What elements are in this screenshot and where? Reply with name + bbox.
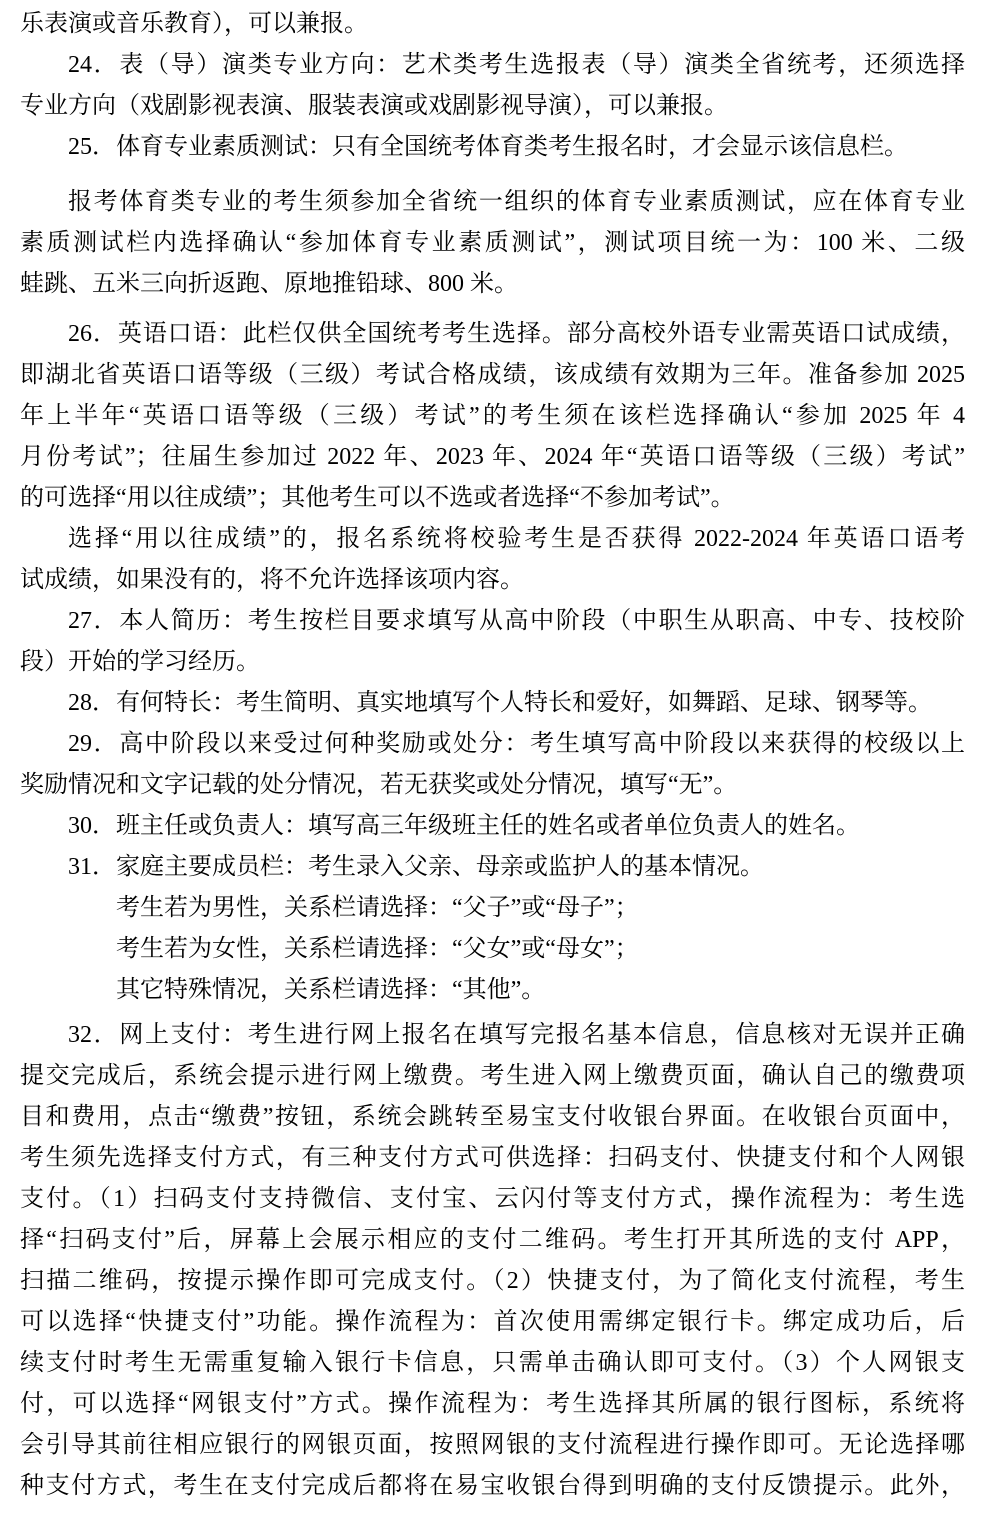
text-line: 可以选择“快捷支付”功能。操作流程为：首次使用需绑定银行卡。绑定成功后，后 [20,1302,965,1343]
text-line: 目和费用，点击“缴费”按钮，系统会跳转至易宝支付收银台界面。在收银台页面中， [20,1097,965,1138]
text-line: 选择“用以往成绩”的，报名系统将校验考生是否获得 2022-2024 年英语口语… [20,519,965,560]
text-line: 段）开始的学习经历。 [20,642,965,683]
document-body: 乐表演或音乐教育），可以兼报。24．表（导）演类专业方向：艺术类考生选报表（导）… [0,0,984,1507]
text-line: 付，可以选择“网银支付”方式。操作流程为：考生选择其所属的银行图标，系统将 [20,1384,965,1425]
text-line: 乐表演或音乐教育），可以兼报。 [20,4,965,45]
text-line: 奖励情况和文字记载的处分情况，若无获奖或处分情况，填写“无”。 [20,765,965,806]
text-line: 30．班主任或负责人：填写高三年级班主任的姓名或者单位负责人的姓名。 [20,806,965,847]
text-line: 素质测试栏内选择确认“参加体育专业素质测试”，测试项目统一为：100 米、二级 [20,223,965,264]
text-line: 种支付方式，考生在支付完成后都将在易宝收银台得到明确的支付反馈提示。此外， [20,1466,965,1507]
text-line: 支付。（1）扫码支付支持微信、支付宝、云闪付等支付方式，操作流程为：考生选 [20,1179,965,1220]
text-line: 考生须先选择支付方式，有三种支付方式可供选择：扫码支付、快捷支付和个人网银 [20,1138,965,1179]
text-line: 年上半年“英语口语等级（三级）考试”的考生须在该栏选择确认“参加 2025 年 … [20,396,965,437]
text-line: 月份考试”；往届生参加过 2022 年、2023 年、2024 年“英语口语等级… [20,437,965,478]
text-line: 其它特殊情况，关系栏请选择：“其他”。 [20,970,965,1011]
text-line: 提交完成后，系统会提示进行网上缴费。考生进入网上缴费页面，确认自己的缴费项 [20,1056,965,1097]
text-line: 28．有何特长：考生简明、真实地填写个人特长和爱好，如舞蹈、足球、钢琴等。 [20,683,965,724]
document-page: 乐表演或音乐教育），可以兼报。24．表（导）演类专业方向：艺术类考生选报表（导）… [0,0,984,1516]
text-line: 25．体育专业素质测试：只有全国统考体育类考生报名时，才会显示该信息栏。 [20,127,965,168]
text-line: 会引导其前往相应银行的网银页面，按照网银的支付流程进行操作即可。无论选择哪 [20,1425,965,1466]
text-line: 蛙跳、五米三向折返跑、原地推铅球、800 米。 [20,264,965,305]
text-line: 的可选择“用以往成绩”；其他考生可以不选或者选择“不参加考试”。 [20,478,965,519]
text-line: 31．家庭主要成员栏：考生录入父亲、母亲或监护人的基本情况。 [20,847,965,888]
text-line: 29．高中阶段以来受过何种奖励或处分：考生填写高中阶段以来获得的校级以上 [20,724,965,765]
text-line: 试成绩，如果没有的，将不允许选择该项内容。 [20,560,965,601]
text-line: 26．英语口语：此栏仅供全国统考考生选择。部分高校外语专业需英语口试成绩， [20,314,965,355]
text-line: 考生若为男性，关系栏请选择：“父子”或“母子”； [20,888,965,929]
text-line: 27．本人简历：考生按栏目要求填写从高中阶段（中职生从职高、中专、技校阶 [20,601,965,642]
text-line: 24．表（导）演类专业方向：艺术类考生选报表（导）演类全省统考，还须选择 [20,45,965,86]
text-line: 专业方向（戏剧影视表演、服装表演或戏剧影视导演），可以兼报。 [20,86,965,127]
text-line: 报考体育类专业的考生须参加全省统一组织的体育专业素质测试，应在体育专业 [20,182,965,223]
text-line: 32．网上支付：考生进行网上报名在填写完报名基本信息，信息核对无误并正确 [20,1015,965,1056]
text-line: 扫描二维码，按提示操作即可完成支付。（2）快捷支付，为了简化支付流程，考生 [20,1261,965,1302]
text-line: 择“扫码支付”后，屏幕上会展示相应的支付二维码。考生打开其所选的支付 APP， [20,1220,965,1261]
text-line: 即湖北省英语口语等级（三级）考试合格成绩，该成绩有效期为三年。准备参加 2025 [20,355,965,396]
text-line: 考生若为女性，关系栏请选择：“父女”或“母女”； [20,929,965,970]
text-line: 续支付时考生无需重复输入银行卡信息，只需单击确认即可支付。（3）个人网银支 [20,1343,965,1384]
